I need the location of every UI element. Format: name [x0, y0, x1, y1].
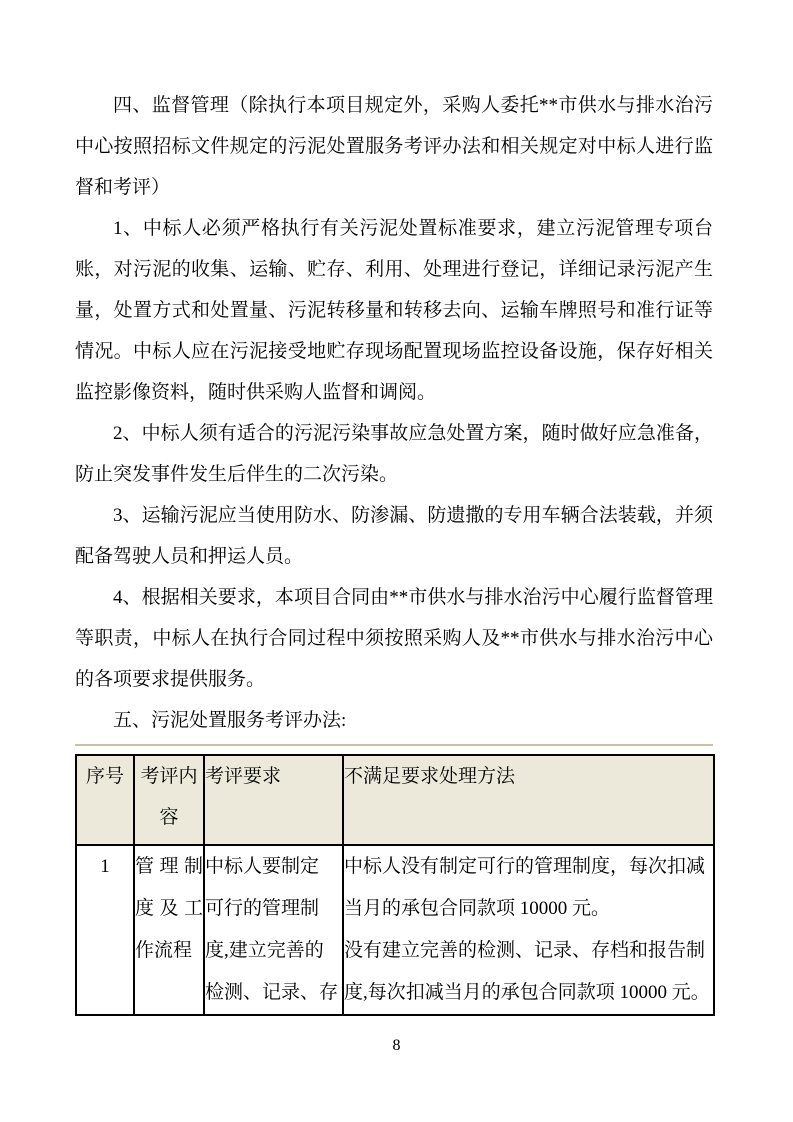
penalty-paragraph: 中标人没有制定可行的管理制度，每次扣减 当月的承包合同款项 10000 元。 [344, 846, 713, 930]
table-row: 1 管理制度及工作流程 中标人要制定 可行的管理制 度,建立完善的 检测、记录、… [76, 845, 714, 1015]
penalty-paragraph: 没有建立完善的检测、记录、存档和报告制 度,每次扣减当月的承包合同款项 1000… [344, 930, 713, 1014]
column-header-index: 序号 [76, 755, 134, 845]
cell-assessment-content: 管理制度及工作流程 [134, 845, 204, 1015]
paragraph-item-4: 4、根据相关要求，本项目合同由**市供水与排水治污中心履行监督管理等职责，中标人… [75, 577, 713, 700]
cell-row-index: 1 [76, 845, 134, 1015]
assessment-table: 序号 考评内容 考评要求 不满足要求处理方法 1 管理制度及工作流程 中标人要制… [75, 754, 715, 1016]
column-header-requirement: 考评要求 [204, 755, 343, 845]
paragraph-section-5-heading: 五、污泥处置服务考评办法: [75, 700, 713, 741]
cell-assessment-requirement: 中标人要制定 可行的管理制 度,建立完善的 检测、记录、存 [204, 845, 343, 1015]
document-body: 四、监督管理（除执行本项目规定外，采购人委托**市供水与排水治污中心按照招标文件… [75, 85, 713, 1016]
paragraph-item-2: 2、中标人须有适合的污泥污染事故应急处置方案，随时做好应急准备，防止突发事件发生… [75, 413, 713, 495]
page-number: 8 [0, 1036, 793, 1056]
table-header-row: 序号 考评内容 考评要求 不满足要求处理方法 [76, 755, 714, 845]
paragraph-supervision-management: 四、监督管理（除执行本项目规定外，采购人委托**市供水与排水治污中心按照招标文件… [75, 85, 713, 208]
column-header-content: 考评内容 [134, 755, 204, 845]
paragraph-item-3: 3、运输污泥应当使用防水、防渗漏、防遗撒的专用车辆合法装载，并须配备驾驶人员和押… [75, 495, 713, 577]
cell-penalty-method: 中标人没有制定可行的管理制度，每次扣减 当月的承包合同款项 10000 元。 没… [343, 845, 714, 1015]
divider-rule [75, 744, 713, 746]
paragraph-item-1: 1、中标人必须严格执行有关污泥处置标准要求，建立污泥管理专项台账，对污泥的收集、… [75, 208, 713, 413]
column-header-penalty: 不满足要求处理方法 [343, 755, 714, 845]
document-page: 四、监督管理（除执行本项目规定外，采购人委托**市供水与排水治污中心按照招标文件… [0, 0, 793, 1122]
